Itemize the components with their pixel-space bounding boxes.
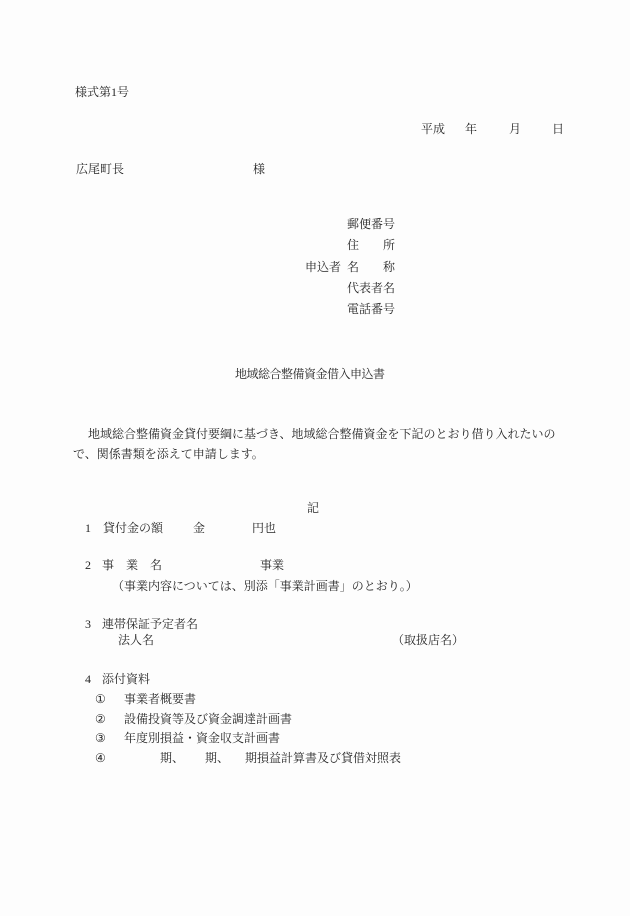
attachment-2-text: 設備投資等及び資金調達計画書 — [124, 712, 292, 726]
item-4-label: 添付資料 — [102, 672, 150, 686]
item-3-label: 連帯保証予定者名 — [102, 617, 198, 631]
date-era-label: 平成 — [421, 122, 445, 136]
attachment-1-marker: ① — [95, 692, 106, 706]
addressee-name: 広尾町長 — [76, 162, 124, 176]
body-paragraph-line-1: 地域総合整備資金貸付要綱に基づき、地域総合整備資金を下記のとおり借り入れたいの — [88, 427, 556, 441]
address-label: 住 所 — [347, 238, 395, 252]
item-3-branch-note: （取扱店名） — [392, 633, 464, 647]
attachment-4-segment-2: 期、 — [205, 751, 229, 765]
item-4-number: 4 — [85, 672, 91, 686]
representative-label: 代表者名 — [347, 281, 395, 295]
applicant-group-label: 申込者 — [305, 260, 341, 274]
record-mark: 記 — [307, 501, 319, 515]
attachment-1-text: 事業者概要書 — [124, 692, 196, 706]
item-1-number: 1 — [85, 521, 91, 535]
phone-label: 電話番号 — [347, 302, 395, 316]
item-1-label: 貸付金の額 — [103, 521, 163, 535]
postal-code-label: 郵便番号 — [347, 217, 395, 231]
item-2-number: 2 — [85, 558, 91, 572]
body-paragraph-line-2: で、関係書類を添えて申請します。 — [73, 447, 264, 461]
attachment-2-marker: ② — [95, 712, 106, 726]
date-year-label: 年 — [465, 122, 477, 136]
attachment-3-marker: ③ — [95, 731, 106, 745]
application-form-page: 様式第1号 平成 年 月 日 広尾町長 様 郵便番号 住 所 申込者 名 称 代… — [0, 0, 630, 916]
item-2-note: （事業内容については、別添「事業計画書」のとおり。） — [112, 579, 418, 593]
document-title: 地域総合整備資金借入申込書 — [235, 367, 385, 381]
attachment-4-marker: ④ — [95, 751, 106, 765]
item-1-currency-suffix: 円也 — [252, 521, 276, 535]
date-month-label: 月 — [509, 122, 521, 136]
item-2-value-suffix: 事業 — [260, 558, 284, 572]
name-label: 名 称 — [347, 260, 395, 274]
item-1-currency-prefix: 金 — [193, 521, 205, 535]
item-3-number: 3 — [85, 617, 91, 631]
attachment-3-text: 年度別損益・資金収支計画書 — [124, 731, 280, 745]
date-day-label: 日 — [552, 122, 564, 136]
addressee-honorific: 様 — [253, 162, 265, 176]
item-2-label: 事 業 名 — [102, 558, 162, 572]
attachment-4-segment-1: 期、 — [160, 751, 184, 765]
attachment-4-segment-3: 期損益計算書及び貸借対照表 — [245, 751, 401, 765]
form-number: 様式第1号 — [75, 85, 129, 99]
item-3-sublabel: 法人名 — [118, 633, 154, 647]
